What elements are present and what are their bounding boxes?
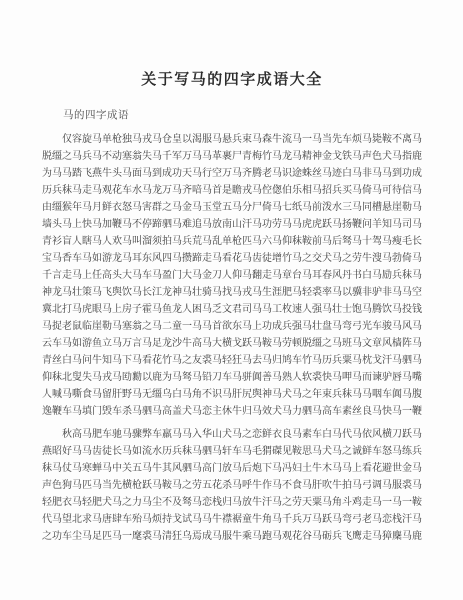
page-title: 关于写马的四字成语大全 bbox=[42, 68, 422, 89]
idiom-paragraph-2: 秋高马肥车驰马骤弊车羸马马入华山犬马之恋鲜衣良马素车白马代马依风横刀跃马燕昭好马… bbox=[42, 426, 422, 545]
section-subheading: 马的四字成语 bbox=[42, 107, 422, 122]
document-page: 关于写马的四字成语大全 马的四字成语 仅容旋马单枪独马戎马仓皇以渴服马悬兵束马森… bbox=[0, 0, 463, 600]
idiom-paragraph-1: 仅容旋马单枪独马戎马仓皇以渴服马悬兵束马森牛流马一马当先车烦马毙鞍不离马脱缰之马… bbox=[42, 131, 422, 420]
